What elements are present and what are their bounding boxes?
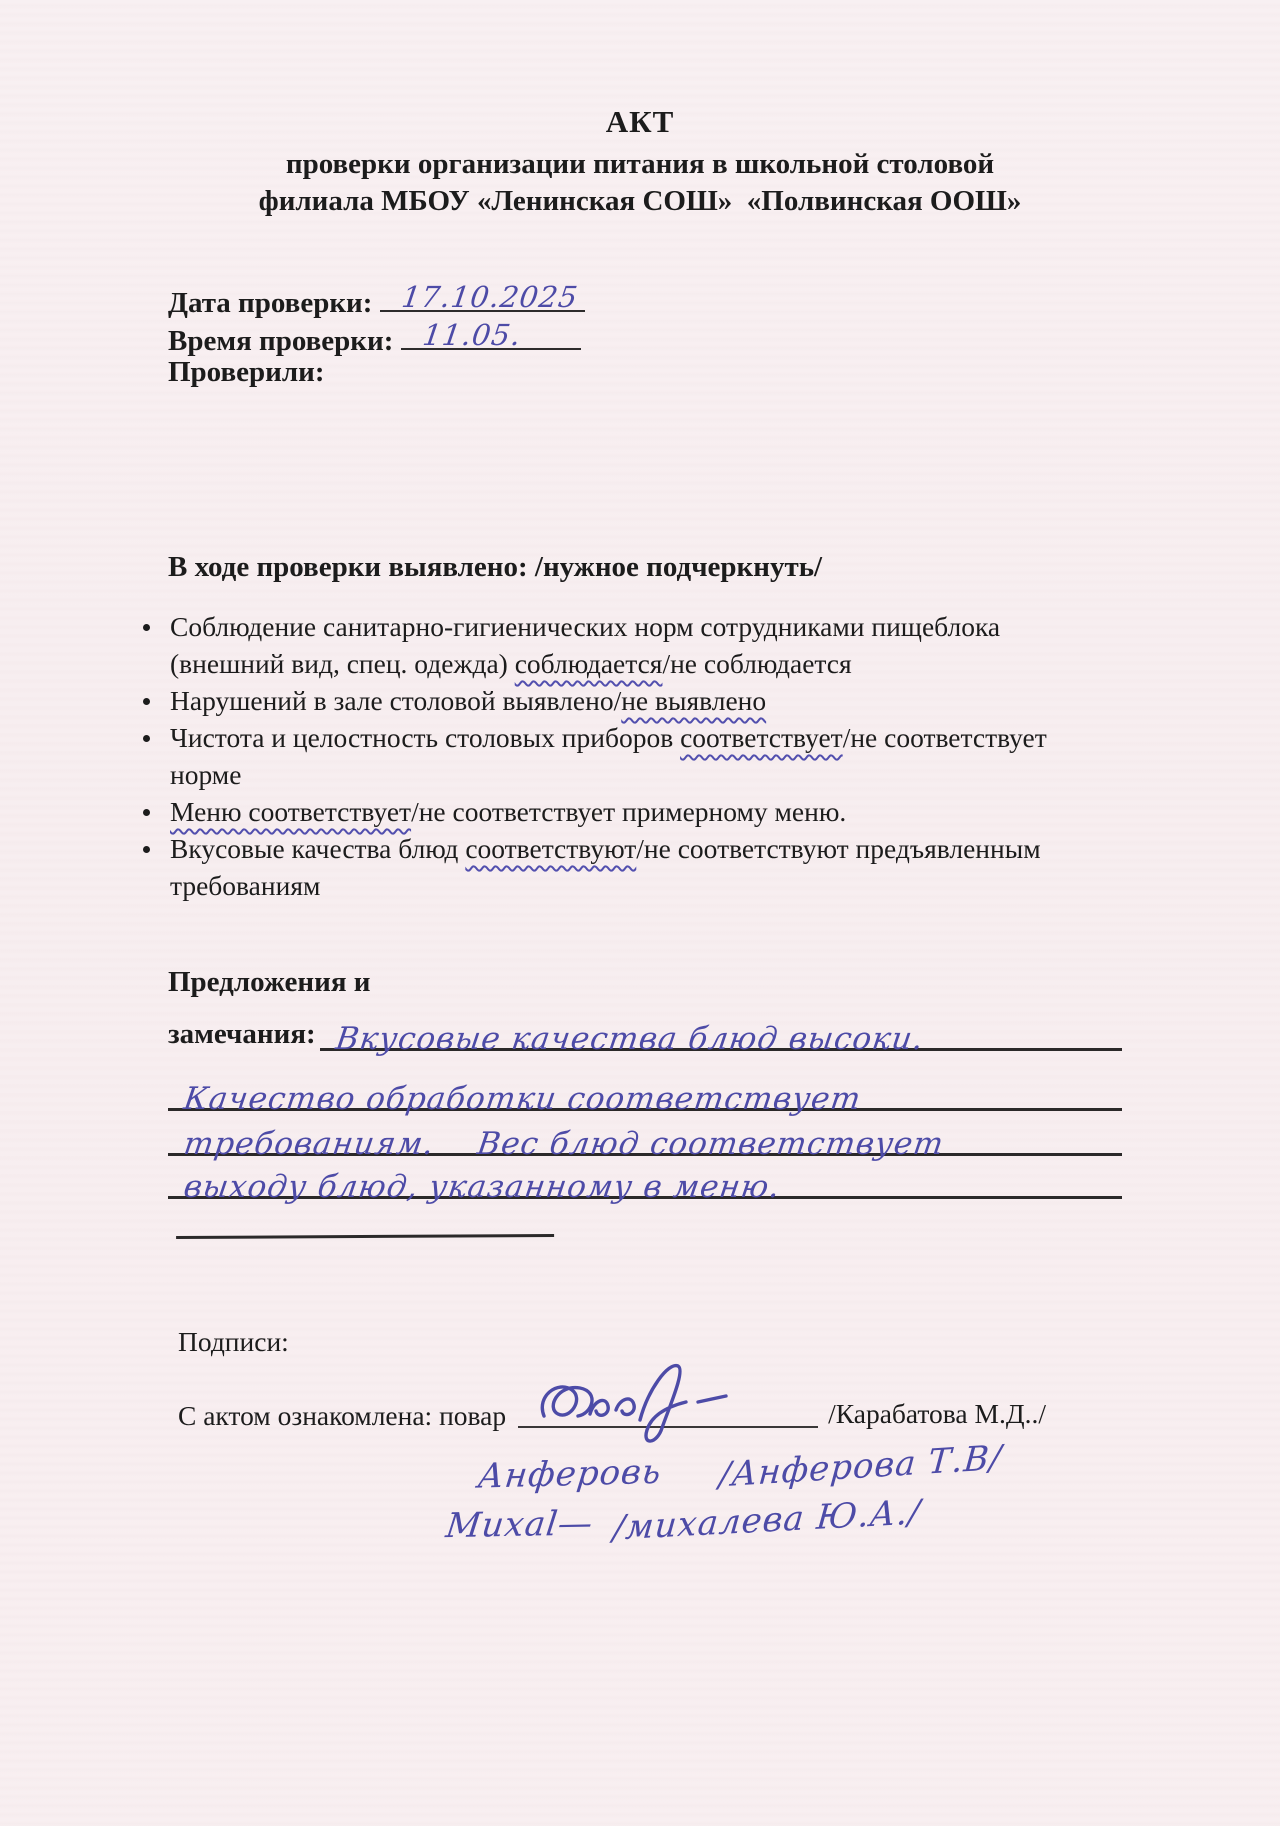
remarks-section: Предложения и замечания: Вкусовые качест… bbox=[168, 966, 1122, 1238]
remarks-fill-line-4: выходу блюд, указанному в меню. bbox=[168, 1156, 1122, 1199]
finding-text: /не соответствуют предъявленным bbox=[636, 833, 1040, 864]
remarks-first-row: замечания: Вкусовые качества блюд высоки… bbox=[168, 1008, 1122, 1051]
cook-signature-flourish-icon bbox=[528, 1356, 758, 1452]
inspector-1-name: /Анферова Т.В/ bbox=[718, 1438, 1004, 1496]
pen-underlined-choice: соответствует bbox=[680, 722, 843, 753]
document-title: АКТ bbox=[0, 104, 1280, 140]
finding-text: /не соответствует примерному меню. bbox=[411, 796, 846, 827]
pen-underlined-choice: не выявлено bbox=[621, 685, 766, 716]
cook-name: /Карабатова М.Д../ bbox=[828, 1398, 1046, 1432]
time-handwritten-value: 11.05. bbox=[420, 318, 523, 352]
date-handwritten-value: 17.10.2025 bbox=[399, 280, 580, 314]
time-label: Время проверки: bbox=[168, 325, 393, 357]
inspector-2-signature: Михаl— bbox=[444, 1503, 596, 1546]
field-checked-by: Проверили: bbox=[168, 356, 585, 394]
signatures-section: Подписи: С актом ознакомлена: повар /Кар… bbox=[178, 1326, 1138, 1540]
checked-by-label: Проверили: bbox=[168, 356, 324, 388]
inspector-2-name: /михалева Ю.А./ bbox=[611, 1492, 922, 1548]
finding-text: требованиям bbox=[170, 870, 320, 901]
inspection-fields: Дата проверки: 17.10.2025 Время проверки… bbox=[168, 280, 585, 394]
document-subtitle-line2: филиала МБОУ «Ленинская СОШ» «Полвинская… bbox=[0, 185, 1280, 218]
field-time: Время проверки: 11.05. bbox=[168, 318, 585, 356]
finding-item-menu: Меню соответствует/не соответствует прим… bbox=[140, 793, 1108, 830]
remarks-label-line2: замечания: bbox=[168, 1018, 316, 1051]
pen-underlined-choice: Меню соответствует bbox=[170, 796, 411, 827]
pen-underlined-choice: соблюдается bbox=[515, 648, 663, 679]
cook-signature-line bbox=[518, 1394, 818, 1428]
finding-item-sanitary: Соблюдение санитарно-гигиенических норм … bbox=[140, 608, 1108, 682]
remarks-fill-line-3: требованиям. Вес блюд соответствует bbox=[168, 1111, 1122, 1156]
signatures-heading: Подписи: bbox=[178, 1326, 1138, 1358]
remarks-label-line1: Предложения и bbox=[168, 966, 1122, 1008]
finding-text: Чистота и целостность столовых приборов bbox=[170, 722, 680, 753]
remarks-fill-line-2: Качество обработки соответствует bbox=[168, 1051, 1122, 1111]
finding-item-dining-hall: Нарушений в зале столовой выявлено/не вы… bbox=[140, 682, 1108, 719]
time-fill-line: 11.05. bbox=[401, 318, 581, 350]
date-fill-line: 17.10.2025 bbox=[380, 280, 585, 312]
scanned-act-document: АКТ проверки организации питания в школь… bbox=[0, 0, 1280, 1826]
finding-text: /не соблюдается bbox=[662, 648, 851, 679]
pen-underlined-choice: соответствуют bbox=[465, 833, 636, 864]
field-date: Дата проверки: 17.10.2025 bbox=[168, 280, 585, 318]
finding-text: Соблюдение санитарно-гигиенических норм … bbox=[170, 611, 1000, 642]
remarks-fill-line-5-empty bbox=[176, 1198, 554, 1239]
remarks-fill-line-1: Вкусовые качества блюд высоки. bbox=[320, 1008, 1122, 1051]
finding-item-taste: Вкусовые качества блюд соответствуют/не … bbox=[140, 830, 1108, 904]
finding-text: Вкусовые качества блюд bbox=[170, 833, 465, 864]
findings-heading: В ходе проверки выявлено: /нужное подчер… bbox=[168, 551, 822, 584]
inspector-1-signature: Анферовь bbox=[476, 1452, 664, 1497]
cook-signature-row: С актом ознакомлена: повар /Карабатова М… bbox=[178, 1394, 1138, 1432]
finding-item-cutlery: Чистота и целостность столовых приборов … bbox=[140, 719, 1108, 793]
finding-text: (внешний вид, спец. одежда) bbox=[170, 648, 515, 679]
acquainted-label: С актом ознакомлена: повар bbox=[178, 1400, 506, 1432]
date-label: Дата проверки: bbox=[168, 287, 372, 319]
findings-list: Соблюдение санитарно-гигиенических норм … bbox=[140, 608, 1108, 904]
inspector-signature-row-2: Михаl— /михалева Ю.А./ bbox=[446, 1494, 1139, 1546]
document-header: АКТ проверки организации питания в школь… bbox=[0, 104, 1280, 218]
document-subtitle-line1: проверки организации питания в школьной … bbox=[0, 148, 1280, 181]
finding-text: /не соответствует bbox=[843, 722, 1047, 753]
finding-text: норме bbox=[170, 759, 241, 790]
finding-text: Нарушений в зале столовой выявлено/ bbox=[170, 685, 621, 716]
